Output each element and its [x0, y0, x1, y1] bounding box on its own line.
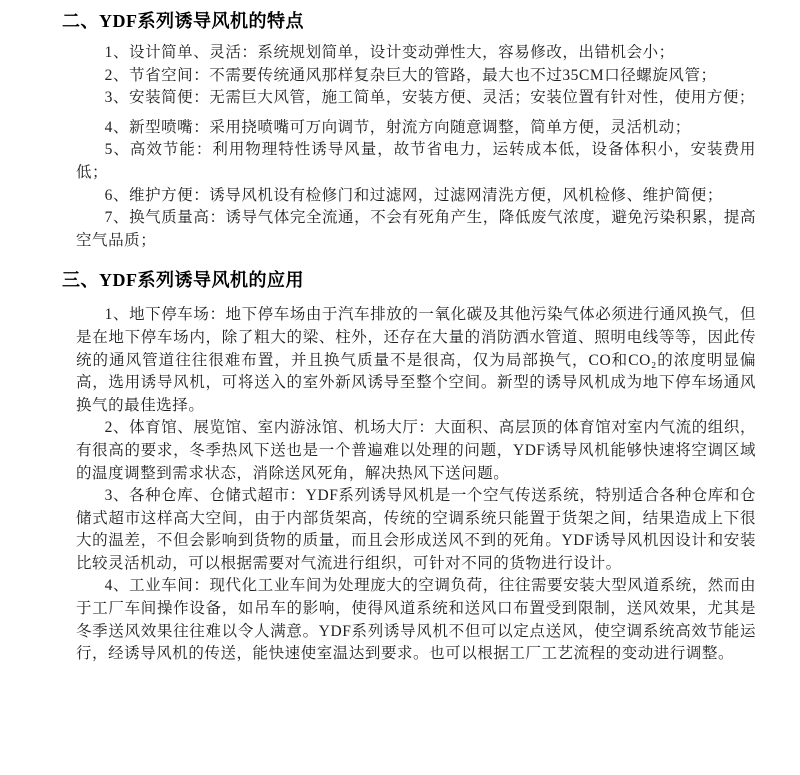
feature-item-6: 6、维护方便：诱导风机设有检修门和过滤网，过滤网清洗方便，风机检修、维护简便； — [76, 185, 756, 208]
application-paragraph-underground-parking: 1、地下停车场：地下停车场由于汽车排放的一氧化碳及其他污染气体必须进行通风换气，… — [76, 304, 756, 417]
section-heading-applications: 三、YDF系列诱导风机的应用 — [62, 268, 756, 292]
feature-item-2: 2、节省空间：不需要传统通风那样复杂巨大的管路，最大也不过35CM口径螺旋风管； — [76, 65, 756, 88]
feature-item-3: 3、安装简便：无需巨大风管，施工简单，安装方便、灵活；安装位置有针对性，使用方便… — [76, 87, 756, 110]
application-paragraph-warehouses: 3、各种仓库、仓储式超市：YDF系列诱导风机是一个空气传送系统，特别适合各种仓库… — [76, 485, 756, 575]
feature-item-1: 1、设计简单、灵活：系统规划简单，设计变动弹性大，容易修改，出错机会小； — [76, 42, 756, 65]
feature-item-7: 7、换气质量高：诱导气体完全流通，不会有死角产生，降低废气浓度，避免污染积累，提… — [76, 207, 756, 252]
section-heading-features: 二、YDF系列诱导风机的特点 — [62, 9, 756, 33]
application-paragraph-industrial-workshops: 4、工业车间：现代化工业车间为处理庞大的空调负荷，往往需要安装大型风道系统，然而… — [76, 575, 756, 665]
feature-item-5: 5、高效节能：利用物理特性诱导风量，故节省电力，运转成本低，设备体积小，安装费用… — [76, 139, 756, 184]
applications-section-body: 1、地下停车场：地下停车场由于汽车排放的一氧化碳及其他污染气体必须进行通风换气，… — [76, 304, 756, 666]
features-section-body: 1、设计简单、灵活：系统规划简单，设计变动弹性大，容易修改，出错机会小； 2、节… — [76, 42, 756, 252]
feature-item-4: 4、新型喷嘴：采用挠喷嘴可万向调节，射流方向随意调整，简单方便，灵活机动； — [76, 117, 756, 140]
application-paragraph-stadiums: 2、体育馆、展览馆、室内游泳馆、机场大厅：大面积、高层顶的体育馆对室内气流的组织… — [76, 417, 756, 485]
document-page: 二、YDF系列诱导风机的特点 1、设计简单、灵活：系统规划简单，设计变动弹性大，… — [0, 0, 800, 775]
